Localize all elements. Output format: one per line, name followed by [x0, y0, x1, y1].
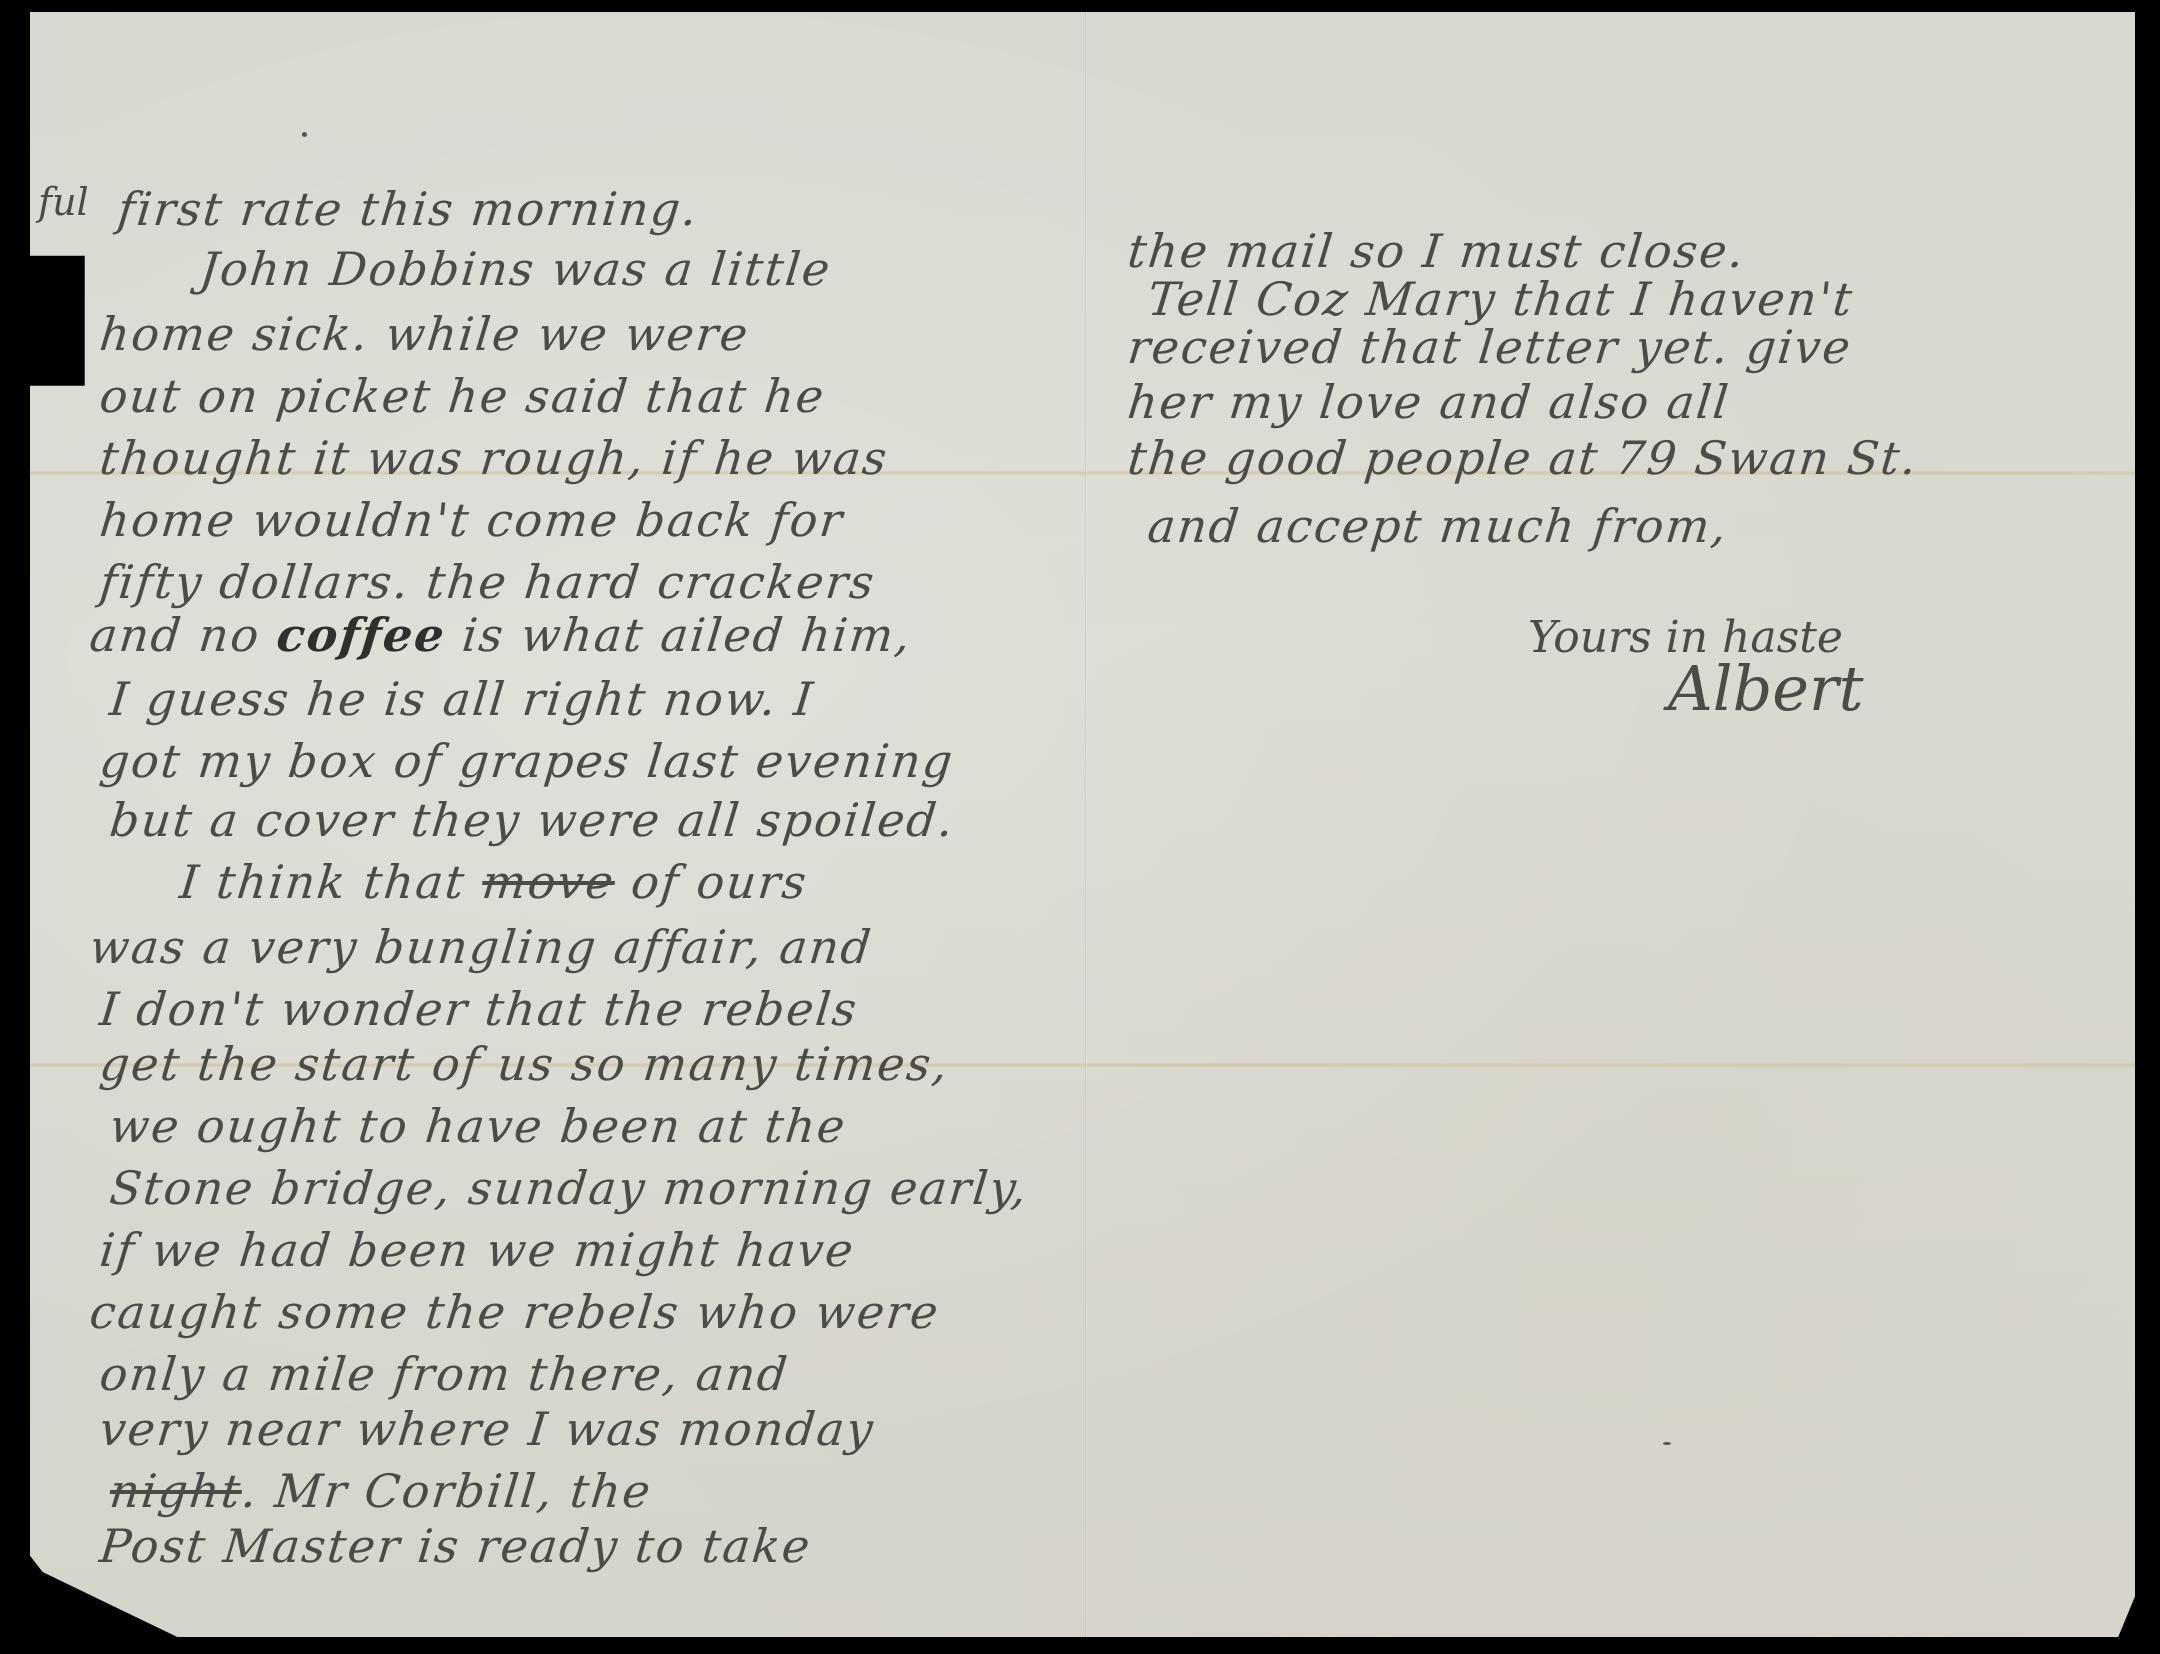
letter-line: caught some the rebels who were	[87, 1285, 942, 1339]
letter-line: if we had been we might have	[97, 1223, 858, 1277]
letter-line: got my box of grapes last evening	[97, 734, 957, 788]
emphasized-word: coffee	[274, 608, 448, 662]
letter-line: but a cover they were all spoiled.	[107, 793, 957, 847]
struck-word: night	[107, 1464, 245, 1518]
letter-line: home wouldn't come back for	[97, 493, 846, 547]
struck-word: move	[480, 855, 618, 909]
letter-line: we ought to have been at the	[107, 1099, 849, 1153]
letter-paper: ful first rate this morning. John Dobbin…	[30, 12, 2135, 1637]
letter-line: the good people at 79 Swan St.	[1125, 431, 1921, 485]
right-page: the mail so I must close. Tell Coz Mary …	[1088, 12, 2135, 1637]
letter-line-struck-move: I think that move of ours	[177, 855, 810, 909]
letter-line: her my love and also all	[1125, 375, 1733, 429]
letter-line: the mail so I must close.	[1125, 224, 1748, 278]
letter-line: out on picket he said that he	[97, 369, 828, 423]
letter-line: very near where I was monday	[97, 1402, 877, 1456]
letter-line: only a mile from there, and	[97, 1347, 792, 1401]
signature: Albert	[1668, 652, 1864, 725]
letter-line: John Dobbins was a little	[197, 242, 834, 296]
pencil-mark	[302, 132, 307, 137]
letter-line: I don't wonder that the rebels	[97, 982, 861, 1036]
scanned-letter: ful first rate this morning. John Dobbin…	[0, 0, 2160, 1654]
letter-line: was a very bungling affair, and	[87, 920, 875, 974]
letter-line: Post Master is ready to take	[97, 1519, 814, 1573]
letter-line: received that letter yet. give	[1125, 320, 1855, 374]
letter-line: home sick. while we were	[97, 307, 752, 361]
pencil-mark	[1663, 1442, 1671, 1445]
letter-line-struck-night: night. Mr Corbill, the	[107, 1464, 655, 1518]
letter-line: and accept much from,	[1145, 499, 1731, 553]
letter-line: get the start of us so many times,	[97, 1037, 952, 1091]
letter-line: Stone bridge, sunday morning early,	[107, 1161, 1031, 1215]
margin-note: ful	[38, 180, 89, 224]
letter-line: fifty dollars. the hard crackers	[97, 555, 878, 609]
letter-line: I guess he is all right now. I	[107, 672, 817, 726]
letter-line: Tell Coz Mary that I haven't	[1145, 272, 1856, 326]
letter-line: thought it was rough, if he was	[97, 431, 891, 485]
letter-line: first rate this morning.	[115, 182, 701, 236]
left-page: ful first rate this morning. John Dobbin…	[30, 12, 1085, 1637]
letter-line-coffee: and no coffee is what ailed him,	[87, 608, 914, 662]
